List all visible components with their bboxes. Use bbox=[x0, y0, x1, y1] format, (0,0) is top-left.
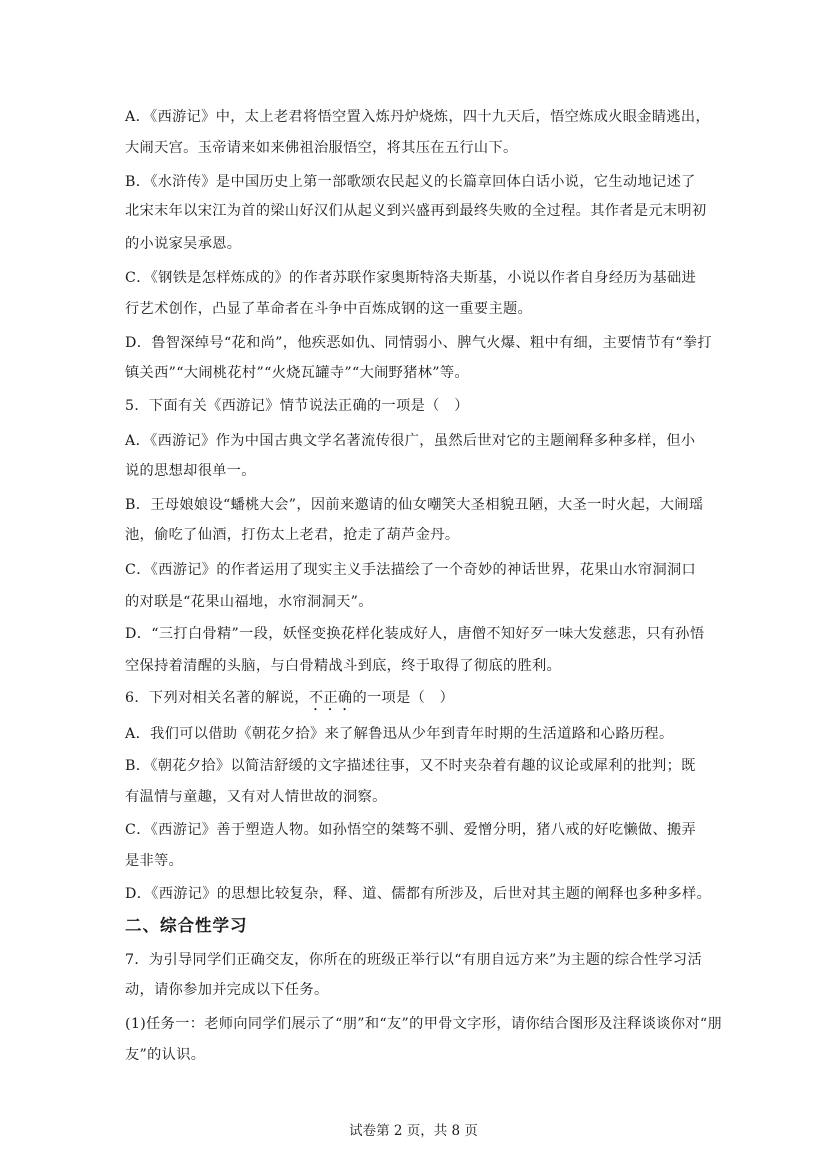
text-line: B．王母娘娘设“蟠桃大会”，因前来邀请的仙女嘲笑大圣相貌丑陋，大圣一时火起，大闹… bbox=[125, 495, 725, 515]
text-line: 动，请你参加并完成以下任务。 bbox=[125, 980, 725, 1000]
text-line: 说的思想却很单一。 bbox=[125, 461, 725, 481]
text-line: 的小说家吴承恩。 bbox=[125, 234, 725, 254]
text-line: D．《西游记》的思想比较复杂，释、道、儒都有所涉及，后世对其主题的阐释也多种多样… bbox=[125, 884, 725, 904]
text-line: 友”的认识。 bbox=[125, 1045, 725, 1065]
text-line: 大闹天宫。玉帝请来如来佛祖治服悟空，将其压在五行山下。 bbox=[125, 138, 725, 158]
page-footer: 试卷第 2 页，共 8 页 bbox=[0, 1121, 827, 1141]
question-6-prefix: 6．下列对相关名著的解说， bbox=[125, 690, 309, 706]
text-line: (1)任务一：老师向同学们展示了“朋”和“友”的甲骨文字形，请你结合图形及注释谈… bbox=[125, 1014, 725, 1034]
text-line: D．“三打白骨精”一段，妖怪变换花样化装成好人，唐僧不知好歹一味大发慈悲，只有孙… bbox=[125, 624, 725, 644]
text-line: B．《朝花夕拾》以简洁舒缓的文字描述往事，又不时夹杂着有趣的议论或犀利的批判；既 bbox=[125, 756, 725, 776]
text-line: 是非等。 bbox=[125, 851, 725, 871]
text-line: A．我们可以借助《朝花夕拾》来了解鲁迅从少年到青年时期的生活道路和心路历程。 bbox=[125, 724, 725, 744]
text-line: A．《西游记》作为中国古典文学名著流传很广，虽然后世对它的主题阐释多种多样，但小 bbox=[125, 431, 725, 451]
section-heading: 二、综合性学习 bbox=[125, 915, 248, 937]
text-line: C．《西游记》的作者运用了现实主义手法描绘了一个奇妙的神话世界，花果山水帘洞洞口 bbox=[125, 560, 725, 580]
text-line: A．《西游记》中，太上老君将悟空置入炼丹炉烧炼，四十九天后，悟空炼成火眼金睛逃出… bbox=[125, 107, 725, 127]
text-line: 7．为引导同学们正确交友，你所在的班级正举行以“有朋自远方来”为主题的综合性学习… bbox=[125, 950, 725, 970]
text-line: 行艺术创作，凸显了革命者在斗争中百炼成钢的这一重要主题。 bbox=[125, 299, 725, 319]
text-line: C．《西游记》善于塑造人物。如孙悟空的桀骜不驯、爱憎分明，猪八戒的好吃懒做、搬弄 bbox=[125, 820, 725, 840]
text-line: B．《水浒传》是中国历史上第一部歌颂农民起义的长篇章回体白话小说，它生动地记述了 bbox=[125, 172, 725, 192]
text-line: 5．下面有关《西游记》情节说法正确的一项是（ ） bbox=[125, 396, 725, 416]
question-6-suffix: 的一项是（ ） bbox=[352, 690, 454, 706]
question-6-stem: 6．下列对相关名著的解说，不正确的一项是（ ） bbox=[125, 688, 725, 714]
text-line: 池，偷吃了仙酒，打伤太上老君，抢走了葫芦金丹。 bbox=[125, 525, 725, 545]
text-line: 空保持着清醒的头脑，与白骨精战斗到底，终于取得了彻底的胜利。 bbox=[125, 656, 725, 676]
text-line: 有温情与童趣，又有对人情世故的洞察。 bbox=[125, 787, 725, 807]
question-6-emphasis: 不正确 bbox=[309, 690, 353, 706]
text-line: 镇关西”“大闹桃花村”“火烧瓦罐寺”“大闹野猪林”等。 bbox=[125, 363, 725, 383]
text-line: 北宋末年以宋江为首的梁山好汉们从起义到兴盛再到最终失败的全过程。其作者是元末明初 bbox=[125, 201, 725, 221]
text-line: D．鲁智深绰号“花和尚”，他疾恶如仇、同情弱小、脾气火爆、粗中有细，主要情节有“… bbox=[125, 333, 725, 353]
text-line: 的对联是“花果山福地，水帘洞洞天”。 bbox=[125, 592, 725, 612]
text-line: C．《钢铁是怎样炼成的》的作者苏联作家奥斯特洛夫斯基，小说以作者自身经历为基础进 bbox=[125, 268, 725, 288]
